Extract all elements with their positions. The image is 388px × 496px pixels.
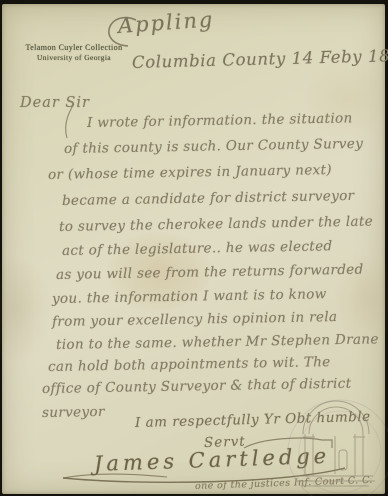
- body-line: I wrote for information. the situation: [87, 110, 353, 131]
- body-line: office of County Surveyor & that of dist…: [42, 376, 352, 397]
- body-line: as you will see from the returns forward…: [56, 262, 364, 283]
- salutation: Dear Sir: [20, 95, 90, 111]
- body-line: surveyor: [42, 404, 105, 421]
- body-line: of this county is such. Our County Surve…: [64, 136, 363, 157]
- body-line: from your excellency his opinion in rela: [52, 309, 338, 330]
- signature: James Cartledge: [94, 444, 331, 476]
- collection-stamp: Telamon Cuyler Collection University of …: [14, 42, 134, 63]
- body-line: can hold both appointments to wit. The: [48, 354, 331, 375]
- place-line: Appling: [117, 7, 215, 38]
- body-line: became a candidate for district surveyor: [62, 188, 355, 209]
- body-line: you. the information I want is to know: [52, 286, 327, 307]
- paper-stain: [0, 254, 52, 364]
- body-line: or (whose time expires in January next): [48, 162, 332, 183]
- photographed-letter: Telamon Cuyler Collection University of …: [0, 0, 388, 496]
- letter-paper: Telamon Cuyler Collection University of …: [2, 4, 385, 494]
- collection-stamp-line1: Telamon Cuyler Collection: [14, 42, 134, 53]
- body-line: tion to the same. whether Mr Stephen Dra…: [56, 331, 379, 353]
- signature-title: one of the justices Inf. Court C. C.: [195, 475, 373, 492]
- body-line: act of the legislature.. he was elected: [62, 238, 333, 259]
- collection-stamp-line2: University of Georgia: [14, 53, 134, 63]
- body-line: to survey the cherokee lands under the l…: [59, 214, 373, 235]
- closing-line: I am respectfully Yr Obt humble: [135, 409, 371, 431]
- date-line: Columbia County 14 Feby 1831: [132, 46, 388, 72]
